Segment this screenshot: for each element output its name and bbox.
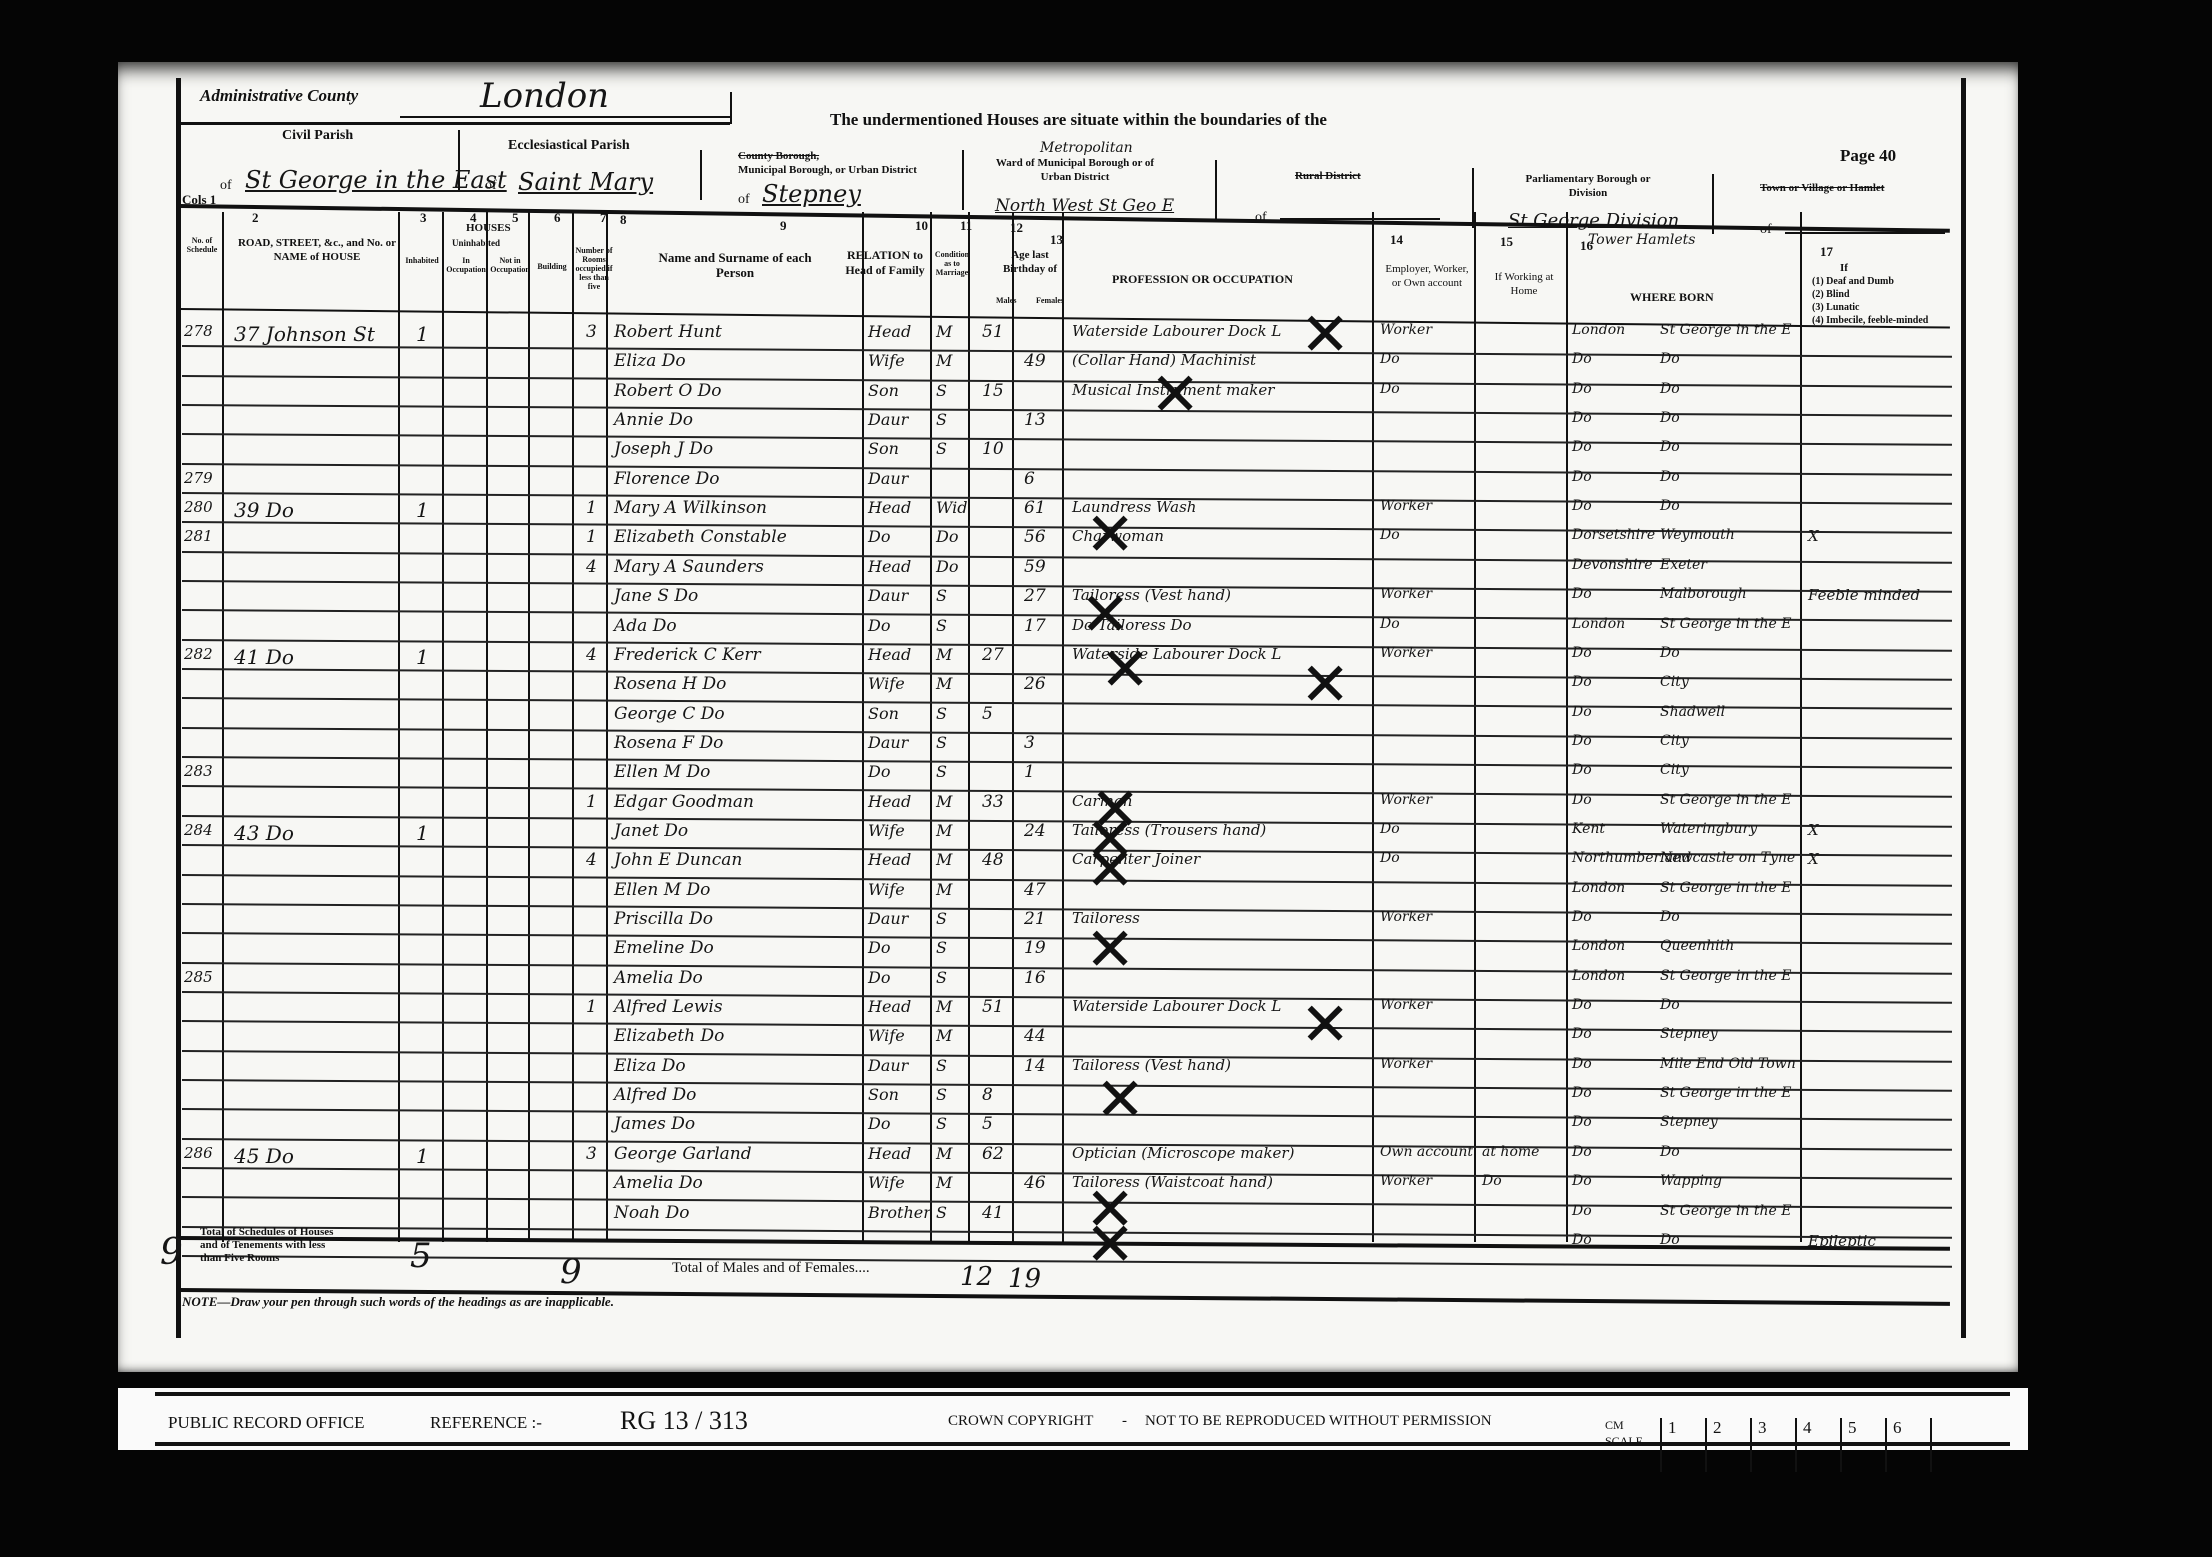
relation: Head [868, 997, 911, 1016]
age-male: 10 [982, 439, 1004, 459]
birthplace-county: London [1572, 968, 1625, 984]
col-number-11: 11 [960, 218, 972, 234]
inhabited-count: 1 [416, 322, 429, 346]
birthplace-county: Do [1572, 762, 1592, 778]
birthplace-town: Do [1660, 997, 1680, 1013]
employment: Own account [1380, 1144, 1473, 1160]
birthplace-town: Do [1660, 498, 1680, 514]
relation: Daur [868, 1056, 908, 1075]
condition: S [936, 1056, 947, 1075]
condition: M [936, 645, 952, 664]
birthplace-town: Queenhith [1660, 938, 1734, 954]
eccl-parish-label: Ecclesiastical Parish [508, 138, 630, 154]
works-at-home: Do [1482, 1173, 1502, 1189]
birthplace-county: London [1572, 938, 1625, 954]
column-divider [486, 212, 488, 1242]
condition: S [936, 968, 947, 987]
person-name: Eliza Do [614, 1056, 686, 1076]
birthplace-county: Dorsetshire [1572, 527, 1655, 543]
condition: Do [936, 557, 958, 576]
condition: S [936, 704, 947, 723]
total-females: 19 [1008, 1264, 1041, 1294]
employment: Worker [1380, 1056, 1432, 1072]
infirmity: X [1808, 850, 1819, 868]
employment: Do [1380, 381, 1400, 397]
footer-notice: NOT TO BE REPRODUCED WITHOUT PERMISSION [1145, 1413, 1492, 1430]
borough-label: Municipal Borough, or Urban District [738, 164, 938, 177]
header-box-edge [730, 92, 732, 124]
employment: Do [1380, 527, 1400, 543]
relation: Daur [868, 909, 908, 928]
birthplace-county: Devonshire [1572, 557, 1653, 573]
col-number-8: 8 [620, 212, 627, 228]
condition: M [936, 1173, 952, 1192]
cross-out-mark: ✕ [1300, 305, 1350, 365]
person-name: Mary A Saunders [614, 557, 764, 577]
person-name: John E Duncan [614, 850, 742, 870]
condition: S [936, 586, 947, 605]
person-name: Elizabeth Do [614, 1026, 724, 1046]
col-number-16: 16 [1580, 238, 1593, 254]
col-occupation-header: PROFESSION OR OCCUPATION [1112, 272, 1293, 287]
col-divider [1215, 160, 1217, 220]
person-name: Ada Do [614, 616, 677, 636]
birthplace-county: Do [1572, 1026, 1592, 1042]
person-name: Mary A Wilkinson [614, 498, 767, 518]
age-male: 51 [982, 997, 1004, 1017]
birthplace-county: Do [1572, 1173, 1592, 1189]
civil-parish-label: Civil Parish [282, 128, 353, 144]
inhabited-count: 1 [416, 821, 429, 845]
relation: Son [868, 1085, 899, 1104]
col-condition-header: Condition as to Marriage [932, 250, 972, 277]
col-number-17: 17 [1820, 244, 1833, 260]
footnote: NOTE—Draw your pen through such words of… [182, 1294, 614, 1310]
age-male: 51 [982, 322, 1004, 342]
schedule-number: 279 [184, 469, 213, 487]
condition: M [936, 674, 952, 693]
infirmity: X [1808, 527, 1819, 545]
schedule-number: 284 [184, 821, 213, 839]
person-name: Amelia Do [614, 1173, 703, 1193]
schedule-number: 285 [184, 968, 213, 986]
condition: S [936, 762, 947, 781]
relation: Do [868, 968, 890, 987]
birthplace-town: St George in the E [1660, 968, 1792, 984]
occupation: Optician (Microscope maker) [1072, 1144, 1294, 1162]
condition: Do [936, 527, 958, 546]
birthplace-town: St George in the E [1660, 1203, 1792, 1219]
birthplace-town: Wateringbury [1660, 821, 1757, 837]
birthplace-town: Wapping [1660, 1173, 1722, 1189]
col-number-1: Cols 1 [182, 192, 216, 208]
schedule-number: 278 [184, 322, 213, 340]
col-not-in-occupation-header: Not in Occupation [490, 256, 530, 274]
rooms-count: 4 [586, 850, 597, 870]
schedule-number: 282 [184, 645, 213, 663]
relation: Head [868, 645, 911, 664]
address: 37 Johnson St [234, 322, 375, 346]
condition: M [936, 322, 952, 341]
condition: Wid [936, 498, 968, 517]
relation: Daur [868, 469, 908, 488]
col-number-5: 5 [512, 210, 519, 226]
admin-county-value: London [480, 76, 609, 116]
column-divider [528, 212, 530, 1242]
age-male: 48 [982, 850, 1004, 870]
birthplace-town: Do [1660, 351, 1680, 367]
relation: Brother [868, 1203, 931, 1222]
person-name: Elizabeth Constable [614, 527, 787, 547]
employment: Worker [1380, 586, 1432, 602]
age-female: 1 [1024, 762, 1035, 782]
schedule-number: 281 [184, 527, 213, 545]
employment: Worker [1380, 1173, 1432, 1189]
relation: Son [868, 439, 899, 458]
birthplace-town: Do [1660, 469, 1680, 485]
birthplace-county: London [1572, 616, 1625, 632]
birthplace-county: London [1572, 322, 1625, 338]
condition: S [936, 1114, 947, 1133]
col-infirmity-3: (3) Lunatic [1812, 302, 1860, 313]
col-number-10: 10 [915, 218, 928, 234]
inhabited-count: 1 [416, 498, 429, 522]
age-female: 49 [1024, 351, 1046, 371]
civil-parish-of: of [220, 178, 232, 194]
total-males: 12 [960, 1262, 993, 1292]
relation: Head [868, 322, 911, 341]
col-schedule-header: No. of Schedule [182, 236, 222, 254]
parliamentary-label: Parliamentary Borough or Division [1518, 172, 1658, 200]
col-houses-header: HOUSES [466, 222, 511, 234]
infirmity: Feeble minded [1808, 586, 1920, 604]
person-name: Amelia Do [614, 968, 703, 988]
footer-copyright: CROWN COPYRIGHT [948, 1413, 1093, 1430]
borough-value: Stepney [762, 180, 861, 208]
birthplace-county: Do [1572, 792, 1592, 808]
age-male: 5 [982, 1114, 993, 1134]
person-name: Ellen M Do [614, 880, 710, 900]
col-inhabited-header: Inhabited [402, 256, 442, 265]
relation: Wife [868, 821, 905, 840]
employment: Do [1380, 351, 1400, 367]
relation: Daur [868, 586, 908, 605]
schedule-number: 280 [184, 498, 213, 516]
col-rooms-header: Number of Rooms occupied if less than fi… [574, 246, 614, 291]
col-name-header: Name and Surname of each Person [640, 250, 830, 280]
birthplace-town: Do [1660, 1144, 1680, 1160]
birthplace-county: Kent [1572, 821, 1605, 837]
birthplace-town: St George in the E [1660, 1085, 1792, 1101]
inhabited-count: 1 [416, 1144, 429, 1168]
person-name: Florence Do [614, 469, 719, 489]
birthplace-town: St George in the E [1660, 880, 1792, 896]
relation: Head [868, 792, 911, 811]
scale-mark: 3 [1750, 1418, 1788, 1472]
person-name: George C Do [614, 704, 725, 724]
age-female: 56 [1024, 527, 1046, 547]
col-number-9: 9 [780, 218, 787, 234]
col-born-header: WHERE BORN [1630, 290, 1714, 305]
works-at-home: at home [1482, 1144, 1539, 1160]
age-female: 59 [1024, 557, 1046, 577]
ward-metropolitan: Metropolitan [1040, 140, 1133, 156]
total-schedules: 9 [160, 1232, 183, 1273]
age-female: 14 [1024, 1056, 1046, 1076]
condition: S [936, 1203, 947, 1222]
scale-mark: 2 [1705, 1418, 1743, 1472]
col-employer-header: Employer, Worker, or Own account [1382, 262, 1472, 290]
col-in-occupation-header: In Occupation [446, 256, 486, 274]
cross-out-mark: ✕ [1300, 655, 1350, 715]
cross-out-mark: ✕ [1300, 995, 1350, 1055]
col-infirmity-if: If [1840, 262, 1848, 274]
footer-reference: RG 13 / 313 [620, 1406, 748, 1436]
totals-persons-label: Total of Males and of Females.... [672, 1260, 870, 1277]
address: 45 Do [234, 1144, 294, 1168]
age-female: 21 [1024, 909, 1046, 929]
intro-text: The undermentioned Houses are situate wi… [830, 110, 1327, 130]
birthplace-town: Stepney [1660, 1026, 1718, 1042]
person-name: Noah Do [614, 1203, 689, 1223]
occupation: Waterside Labourer Dock L [1072, 322, 1281, 340]
column-divider [398, 212, 400, 1242]
schedule-number: 283 [184, 762, 213, 780]
birthplace-county: Do [1572, 1056, 1592, 1072]
age-female: 44 [1024, 1026, 1046, 1046]
parliamentary-note: Tower Hamlets [1588, 232, 1696, 248]
birthplace-county: Do [1572, 997, 1592, 1013]
age-male: 27 [982, 645, 1004, 665]
birthplace-town: St George in the E [1660, 792, 1792, 808]
relation: Do [868, 762, 890, 781]
person-name: Rosena F Do [614, 733, 723, 753]
condition: M [936, 850, 952, 869]
age-female: 17 [1024, 616, 1046, 636]
inhabited-count: 1 [416, 645, 429, 669]
birthplace-town: Do [1660, 439, 1680, 455]
col-number-6: 6 [554, 210, 561, 226]
age-female: 26 [1024, 674, 1046, 694]
relation: Do [868, 527, 890, 546]
header-divider [180, 122, 730, 125]
col-number-2: 2 [252, 210, 259, 226]
cross-out-mark: ✕ [1100, 640, 1150, 700]
birthplace-county: Do [1572, 1144, 1592, 1160]
scale-mark: 4 [1795, 1418, 1833, 1472]
condition: S [936, 938, 947, 957]
employment: Worker [1380, 997, 1432, 1013]
age-male: 8 [982, 1085, 993, 1105]
col-relation-header: RELATION to Head of Family [840, 248, 930, 278]
address: 43 Do [234, 821, 294, 845]
col-building-header: Building [532, 262, 572, 271]
scale-mark: 6 [1885, 1418, 1923, 1472]
footer-scale-label: SCALE [1605, 1434, 1643, 1449]
age-female: 3 [1024, 733, 1035, 753]
scale-mark: 1 [1660, 1418, 1698, 1472]
rooms-count: 4 [586, 645, 597, 665]
person-name: Annie Do [614, 410, 693, 430]
col-divider [962, 150, 964, 210]
birthplace-town: City [1660, 733, 1689, 749]
column-divider [1800, 212, 1802, 1242]
birthplace-town: Mile End Old Town [1660, 1056, 1796, 1072]
column-divider [606, 212, 608, 1242]
column-divider [1012, 212, 1014, 1242]
person-name: Joseph J Do [614, 439, 713, 459]
birthplace-town: City [1660, 762, 1689, 778]
relation: Head [868, 1144, 911, 1163]
employment: Worker [1380, 498, 1432, 514]
scale-mark: 5 [1840, 1418, 1878, 1472]
rooms-count: 1 [586, 498, 597, 518]
condition: S [936, 909, 947, 928]
page-number: Page 40 [1840, 146, 1896, 166]
condition: S [936, 410, 947, 429]
condition: S [936, 616, 947, 635]
birthplace-county: Do [1572, 351, 1592, 367]
col-number-14: 14 [1390, 232, 1403, 248]
birthplace-town: St George in the E [1660, 322, 1792, 338]
age-female: 46 [1024, 1173, 1046, 1193]
condition: M [936, 792, 952, 811]
ward-value: North West St Geo E [995, 196, 1174, 216]
condition: S [936, 439, 947, 458]
relation: Do [868, 616, 890, 635]
column-divider [862, 212, 864, 1242]
age-female: 6 [1024, 469, 1035, 489]
birthplace-county: Do [1572, 410, 1592, 426]
ward-label: Ward of Municipal Borough or of Urban Di… [990, 156, 1160, 184]
schedule-number: 286 [184, 1144, 213, 1162]
condition: M [936, 880, 952, 899]
infirmity: X [1808, 821, 1819, 839]
col-road-header: ROAD, STREET, &c., and No. or NAME of HO… [232, 236, 402, 264]
person-name: Rosena H Do [614, 674, 726, 694]
age-male: 5 [982, 704, 993, 724]
col-age-header: Age last Birthday of [990, 248, 1070, 276]
relation: Head [868, 557, 911, 576]
col-home-header: If Working at Home [1494, 270, 1554, 298]
age-female: 24 [1024, 821, 1046, 841]
birthplace-county: Do [1572, 381, 1592, 397]
birthplace-town: Do [1660, 381, 1680, 397]
relation: Wife [868, 1026, 905, 1045]
person-name: Jane S Do [614, 586, 698, 606]
rooms-count: 3 [586, 1144, 597, 1164]
relation: Wife [868, 351, 905, 370]
age-male: 15 [982, 381, 1004, 401]
totals-label: Total of Schedules of Houses and of Tene… [200, 1226, 348, 1265]
relation: Son [868, 704, 899, 723]
column-divider [930, 212, 932, 1242]
footer-office: PUBLIC RECORD OFFICE [168, 1413, 364, 1433]
birthplace-county: Do [1572, 1085, 1592, 1101]
person-name: Janet Do [614, 821, 688, 841]
col-divider [700, 150, 702, 200]
col-uninhabited-header: Uninhabited [452, 238, 500, 248]
footer-scale-label-cm: CM [1605, 1418, 1624, 1433]
birthplace-town: Exeter [1660, 557, 1707, 573]
birthplace-county: Do [1572, 733, 1592, 749]
person-name: Emeline Do [614, 938, 714, 958]
person-name: Ellen M Do [614, 762, 710, 782]
borough-of: of [738, 192, 750, 208]
person-name: Alfred Do [614, 1085, 696, 1105]
person-name: Priscilla Do [614, 909, 713, 929]
town-label: Town or Village or Hamlet [1760, 182, 1884, 194]
employment: Do [1380, 821, 1400, 837]
admin-underline [400, 116, 730, 118]
rooms-count: 1 [586, 792, 597, 812]
relation: Wife [868, 674, 905, 693]
birthplace-town: Stepney [1660, 1114, 1718, 1130]
birthplace-town: Malborough [1660, 586, 1747, 602]
rooms-count: 3 [586, 322, 597, 342]
cross-out-mark: ✕ [1150, 365, 1200, 425]
age-male: 41 [982, 1203, 1004, 1223]
col-infirmity-2: (2) Blind [1812, 289, 1850, 300]
rooms-count: 1 [586, 527, 597, 547]
birthplace-town: City [1660, 674, 1689, 690]
employment: Worker [1380, 322, 1432, 338]
birthplace-county: Do [1572, 674, 1592, 690]
relation: Head [868, 850, 911, 869]
relation: Daur [868, 410, 908, 429]
civil-parish-value: St George in the East [245, 166, 507, 194]
employment: Worker [1380, 645, 1432, 661]
birthplace-county: Do [1572, 1203, 1592, 1219]
birthplace-town: Weymouth [1660, 527, 1735, 543]
birthplace-county: Do [1572, 704, 1592, 720]
rooms-count: 4 [586, 557, 597, 577]
footer-top-rule [155, 1392, 2010, 1396]
employment: Do [1380, 850, 1400, 866]
rural-of: of [1255, 210, 1267, 226]
age-female: 61 [1024, 498, 1046, 518]
person-name: Frederick C Kerr [614, 645, 761, 665]
occupation: Waterside Labourer Dock L [1072, 997, 1281, 1015]
person-name: James Do [614, 1114, 695, 1134]
condition: M [936, 997, 952, 1016]
condition: M [936, 821, 952, 840]
column-divider [968, 212, 970, 1242]
relation: Wife [868, 1173, 905, 1192]
age-female: 13 [1024, 410, 1046, 430]
employment: Do [1380, 616, 1400, 632]
person-name: Eliza Do [614, 351, 686, 371]
total-houses: 5 [410, 1236, 432, 1276]
person-name: George Garland [614, 1144, 752, 1164]
cross-out-mark: ✕ [1085, 505, 1135, 565]
column-divider [572, 212, 574, 1242]
condition: M [936, 1026, 952, 1045]
birthplace-county: Do [1572, 586, 1592, 602]
person-name: Robert O Do [614, 381, 722, 401]
total-rooms: 9 [560, 1252, 582, 1292]
col-females-header: Females [1036, 296, 1064, 305]
age-female: 16 [1024, 968, 1046, 988]
footer-separator: - [1122, 1413, 1127, 1430]
condition: S [936, 1085, 947, 1104]
relation: Head [868, 498, 911, 517]
birthplace-town: Do [1660, 645, 1680, 661]
relation: Do [868, 1114, 890, 1133]
birthplace-town: Newcastle on Tyne [1660, 850, 1795, 866]
birthplace-county: Do [1572, 498, 1592, 514]
relation: Do [868, 938, 890, 957]
